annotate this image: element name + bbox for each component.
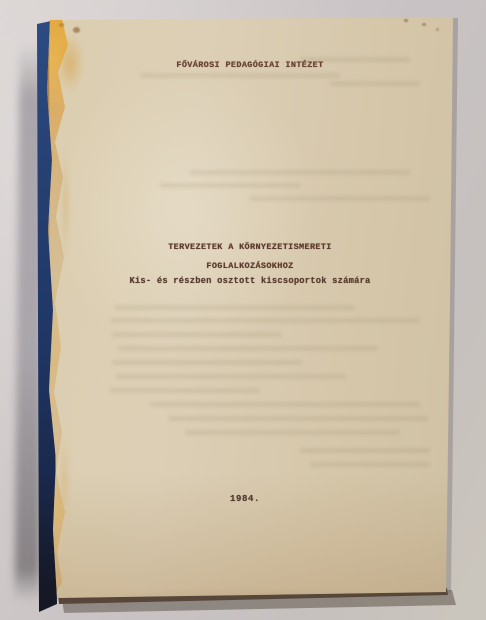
publication-year: 1984. (45, 494, 445, 504)
aging-stain (58, 425, 71, 535)
booklet-title-line-2: FOGLALKOZÁSOKHOZ (50, 261, 450, 271)
rust-spot (59, 23, 64, 27)
speck (422, 23, 426, 26)
photo-of-booklet: FŐVÁROSI PEDAGÓGIAI INTÉZET TERVEZETEK A… (0, 0, 486, 620)
speck (436, 28, 439, 31)
institution-name: FŐVÁROSI PEDAGÓGIAI INTÉZET (50, 60, 450, 70)
document-cover-page: FŐVÁROSI PEDAGÓGIAI INTÉZET TERVEZETEK A… (0, 0, 486, 620)
booklet-subtitle: Kis- és részben osztott kiscsoportok szá… (50, 276, 450, 286)
rust-spot (73, 27, 80, 33)
speck (404, 19, 408, 22)
booklet-title-line-1: TERVEZETEK A KÖRNYEZETISMERETI (50, 242, 450, 252)
